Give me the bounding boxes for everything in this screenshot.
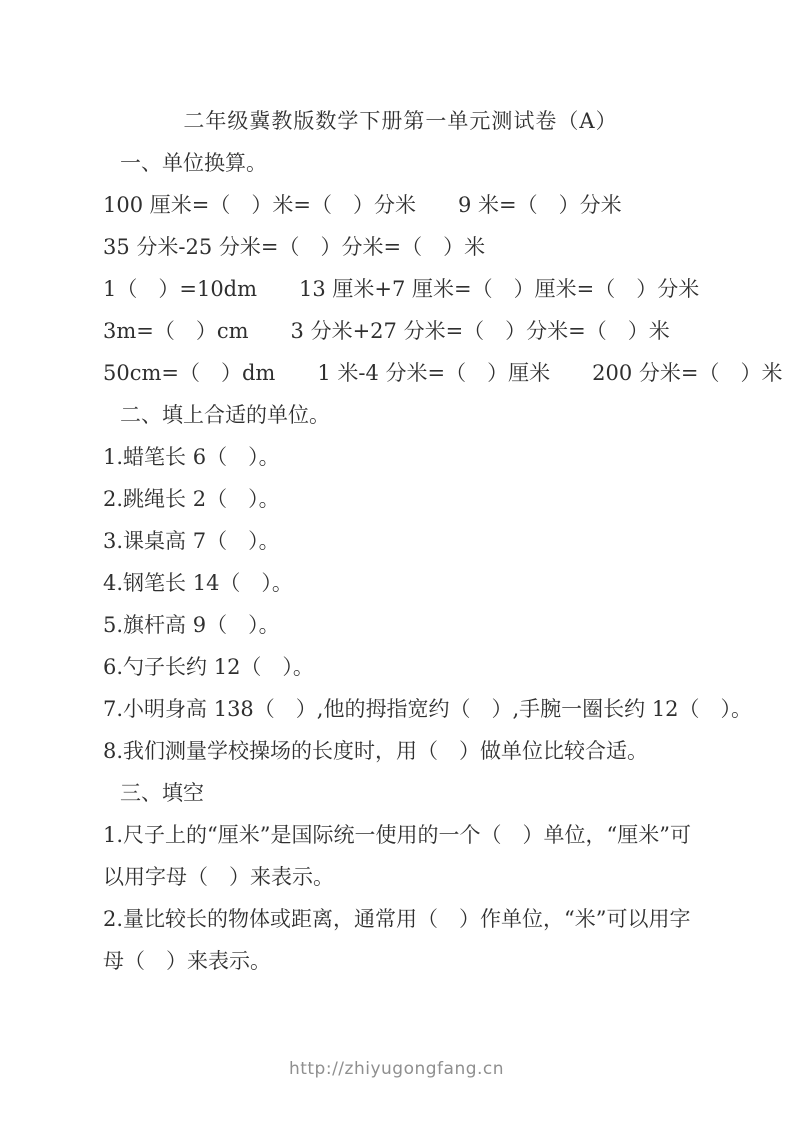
test-paper-content: 二年级冀教版数学下册第一单元测试卷（A） 一、单位换算。 100 厘米=（ ）米… xyxy=(0,0,793,982)
question-line: 100 厘米=（ ）米=（ ）分米 9 米=（ ）分米 xyxy=(103,184,698,226)
question-line: 8.我们测量学校操场的长度时，用（ ）做单位比较合适。 xyxy=(103,730,698,772)
question-line: 1（ ）=10dm 13 厘米+7 厘米=（ ）厘米=（ ）分米 xyxy=(103,268,698,310)
document-page: 二年级冀教版数学下册第一单元测试卷（A） 一、单位换算。 100 厘米=（ ）米… xyxy=(0,0,793,1122)
section-1-heading: 一、单位换算。 xyxy=(120,142,698,184)
section-unit-conversion: 一、单位换算。 100 厘米=（ ）米=（ ）分米 9 米=（ ）分米 35 分… xyxy=(103,142,698,394)
section-fill-blanks: 三、填空 1.尺子上的“厘米”是国际统一使用的一个（ ）单位，“厘米”可以用字母… xyxy=(103,772,698,982)
section-3-heading: 三、填空 xyxy=(120,772,698,814)
question-line: 4.钢笔长 14（ ）。 xyxy=(103,562,698,604)
page-title: 二年级冀教版数学下册第一单元测试卷（A） xyxy=(103,100,698,142)
question-line: 5.旗杆高 9（ ）。 xyxy=(103,604,698,646)
question-line: 3.课桌高 7（ ）。 xyxy=(103,520,698,562)
section-2-heading: 二、填上合适的单位。 xyxy=(120,394,698,436)
question-line: 1.蜡笔长 6（ ）。 xyxy=(103,436,698,478)
question-paragraph: 2.量比较长的物体或距离，通常用（ ）作单位，“米”可以用字母（ ）来表示。 xyxy=(103,898,698,982)
question-line: 7.小明身高 138（ ）,他的拇指宽约（ ）,手腕一圈长约 12（ ）。 xyxy=(103,688,698,730)
question-line: 35 分米-25 分米=（ ）分米=（ ）米 xyxy=(103,226,698,268)
question-line: 50cm=（ ）dm 1 米-4 分米=（ ）厘米 200 分米=（ ）米 xyxy=(103,352,698,394)
question-line: 3m=（ ）cm 3 分米+27 分米=（ ）分米=（ ）米 xyxy=(103,310,698,352)
question-line: 2.跳绳长 2（ ）。 xyxy=(103,478,698,520)
question-paragraph: 1.尺子上的“厘米”是国际统一使用的一个（ ）单位，“厘米”可以用字母（ ）来表… xyxy=(103,814,698,898)
section-fill-units: 二、填上合适的单位。 1.蜡笔长 6（ ）。 2.跳绳长 2（ ）。 3.课桌高… xyxy=(103,394,698,772)
question-line: 6.勺子长约 12（ ）。 xyxy=(103,646,698,688)
footer-watermark-url: http://zhiyugongfang.cn xyxy=(0,1059,793,1079)
